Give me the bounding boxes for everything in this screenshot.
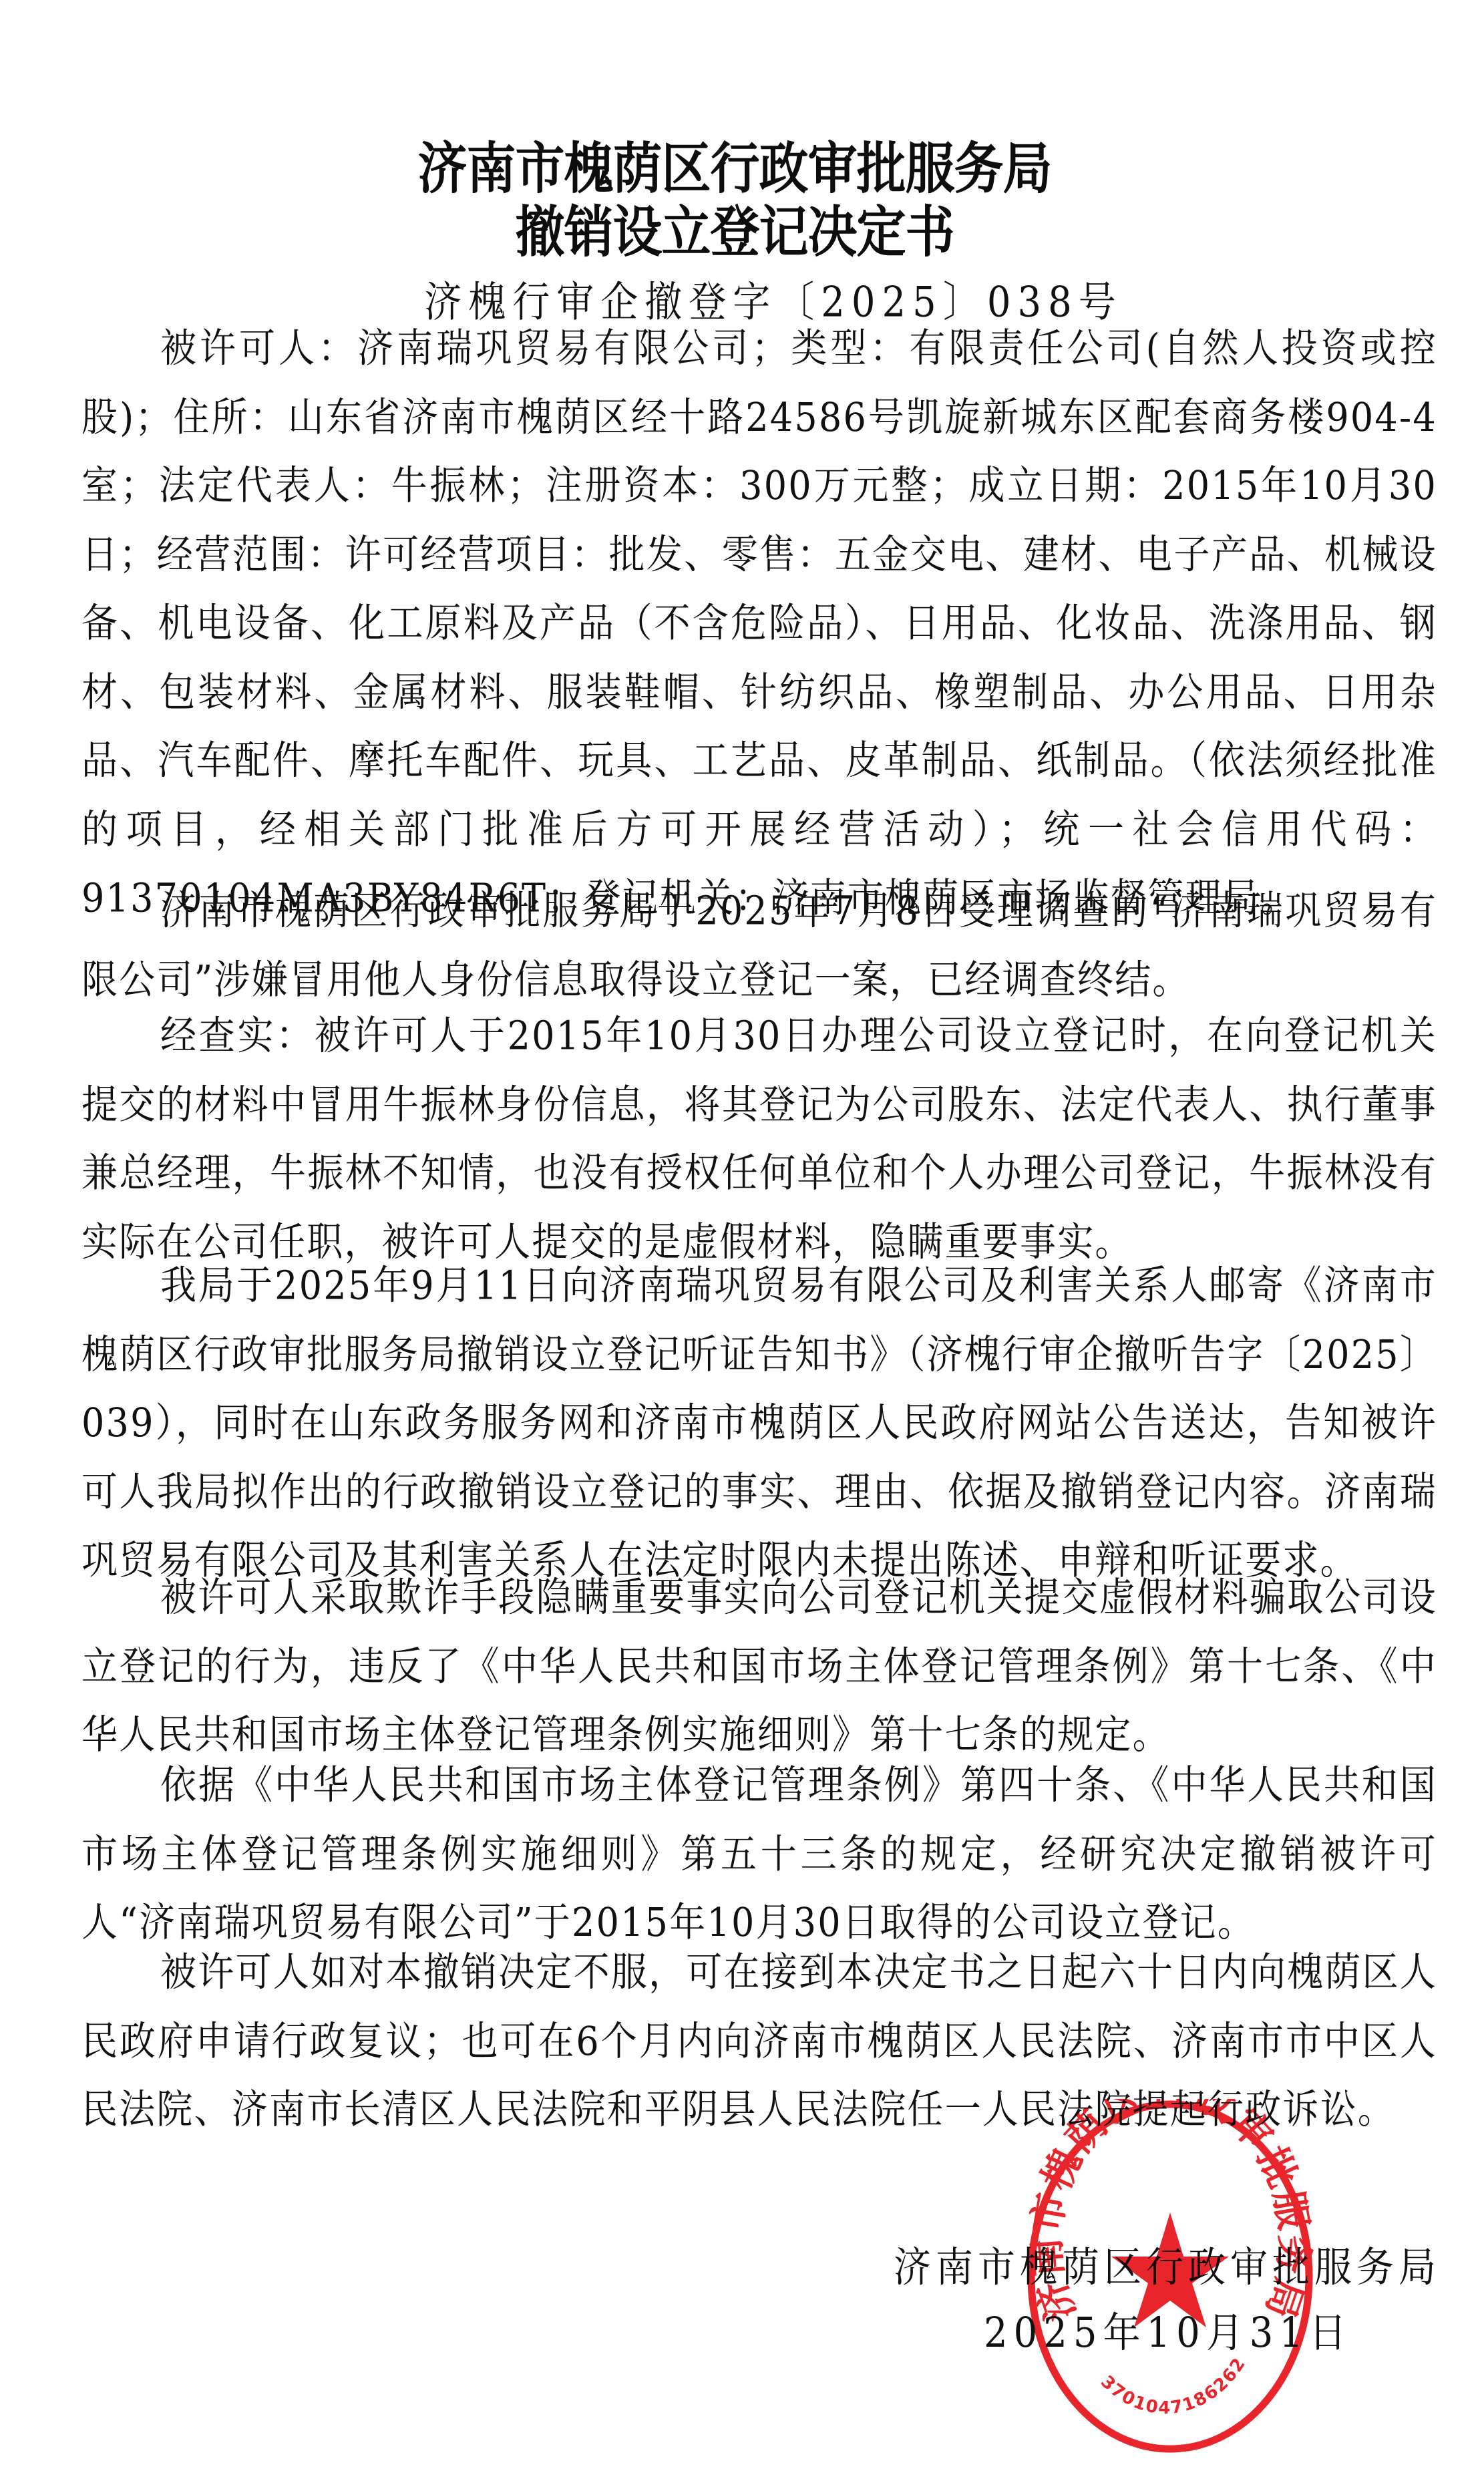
- document-title-line1: 济南市槐荫区行政审批服务局: [0, 139, 1469, 199]
- document-page: 济南市槐荫区行政审批服务局 撤销设立登记决定书 济槐行审企撤登字〔2025〕03…: [0, 0, 1484, 2485]
- paragraph-hearing-notice: 我局于2025年9月11日向济南瑞巩贸易有限公司及利害关系人邮寄《济南市槐荫区行…: [81, 1251, 1437, 1595]
- paragraph-licensee-info: 被许可人：济南瑞巩贸易有限公司；类型：有限责任公司(自然人投资或控股)；住所：山…: [81, 314, 1437, 933]
- document-body: 被许可人：济南瑞巩贸易有限公司；类型：有限责任公司(自然人投资或控股)；住所：山…: [81, 314, 1437, 2126]
- svg-text:3701047186262: 3701047186262: [1097, 2353, 1250, 2418]
- seal-star-icon: [1111, 2212, 1229, 2327]
- paragraph-findings: 经查实：被许可人于2015年10月30日办理公司设立登记时，在向登记机关提交的材…: [81, 1001, 1437, 1276]
- paragraph-decision: 依据《中华人民共和国市场主体登记管理条例》第四十条、《中华人民共和国市场主体登记…: [81, 1751, 1437, 1957]
- official-seal-stamp: 济南市槐荫区行政审批服务局 3701047186262: [1023, 2099, 1317, 2454]
- document-title-line2: 撤销设立登记决定书: [0, 202, 1469, 263]
- paragraph-violation: 被许可人采取欺诈手段隐瞒重要事实向公司登记机关提交虚假材料骗取公司设立登记的行为…: [81, 1563, 1437, 1770]
- paragraph-case-acceptance: 济南市槐荫区行政审批服务局于2025年7月8日受理调查的“济南瑞巩贸易有限公司”…: [81, 876, 1437, 1014]
- seal-icon: 济南市槐荫区行政审批服务局 3701047186262: [1023, 2099, 1317, 2454]
